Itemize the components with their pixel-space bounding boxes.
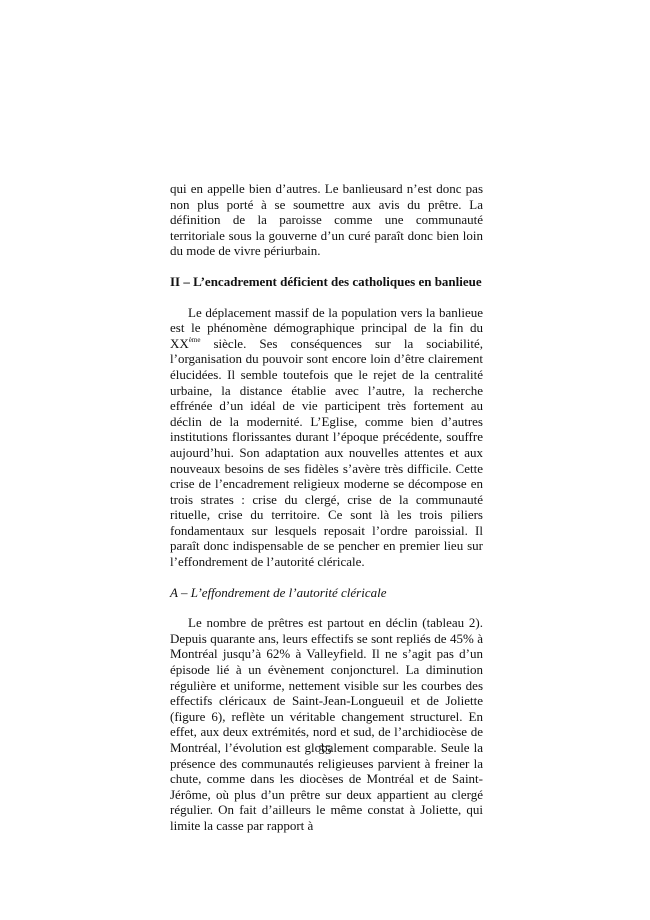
page-number: 55: [0, 742, 650, 758]
superscript-ordinal: ème: [189, 336, 201, 344]
section-paragraph: Le déplacement massif de la population v…: [170, 305, 483, 570]
subsection-heading: A – L’effondrement de l’autorité clérica…: [170, 585, 483, 601]
section-heading: II – L’encadrement déficient des catholi…: [170, 274, 483, 290]
section-paragraph-text-2: siècle. Ses conséquences sur la sociabil…: [170, 336, 483, 569]
opening-paragraph: qui en appelle bien d’autres. Le banlieu…: [170, 181, 483, 259]
subsection-paragraph: Le nombre de prêtres est partout en décl…: [170, 615, 483, 833]
page-body: qui en appelle bien d’autres. Le banlieu…: [170, 181, 483, 834]
